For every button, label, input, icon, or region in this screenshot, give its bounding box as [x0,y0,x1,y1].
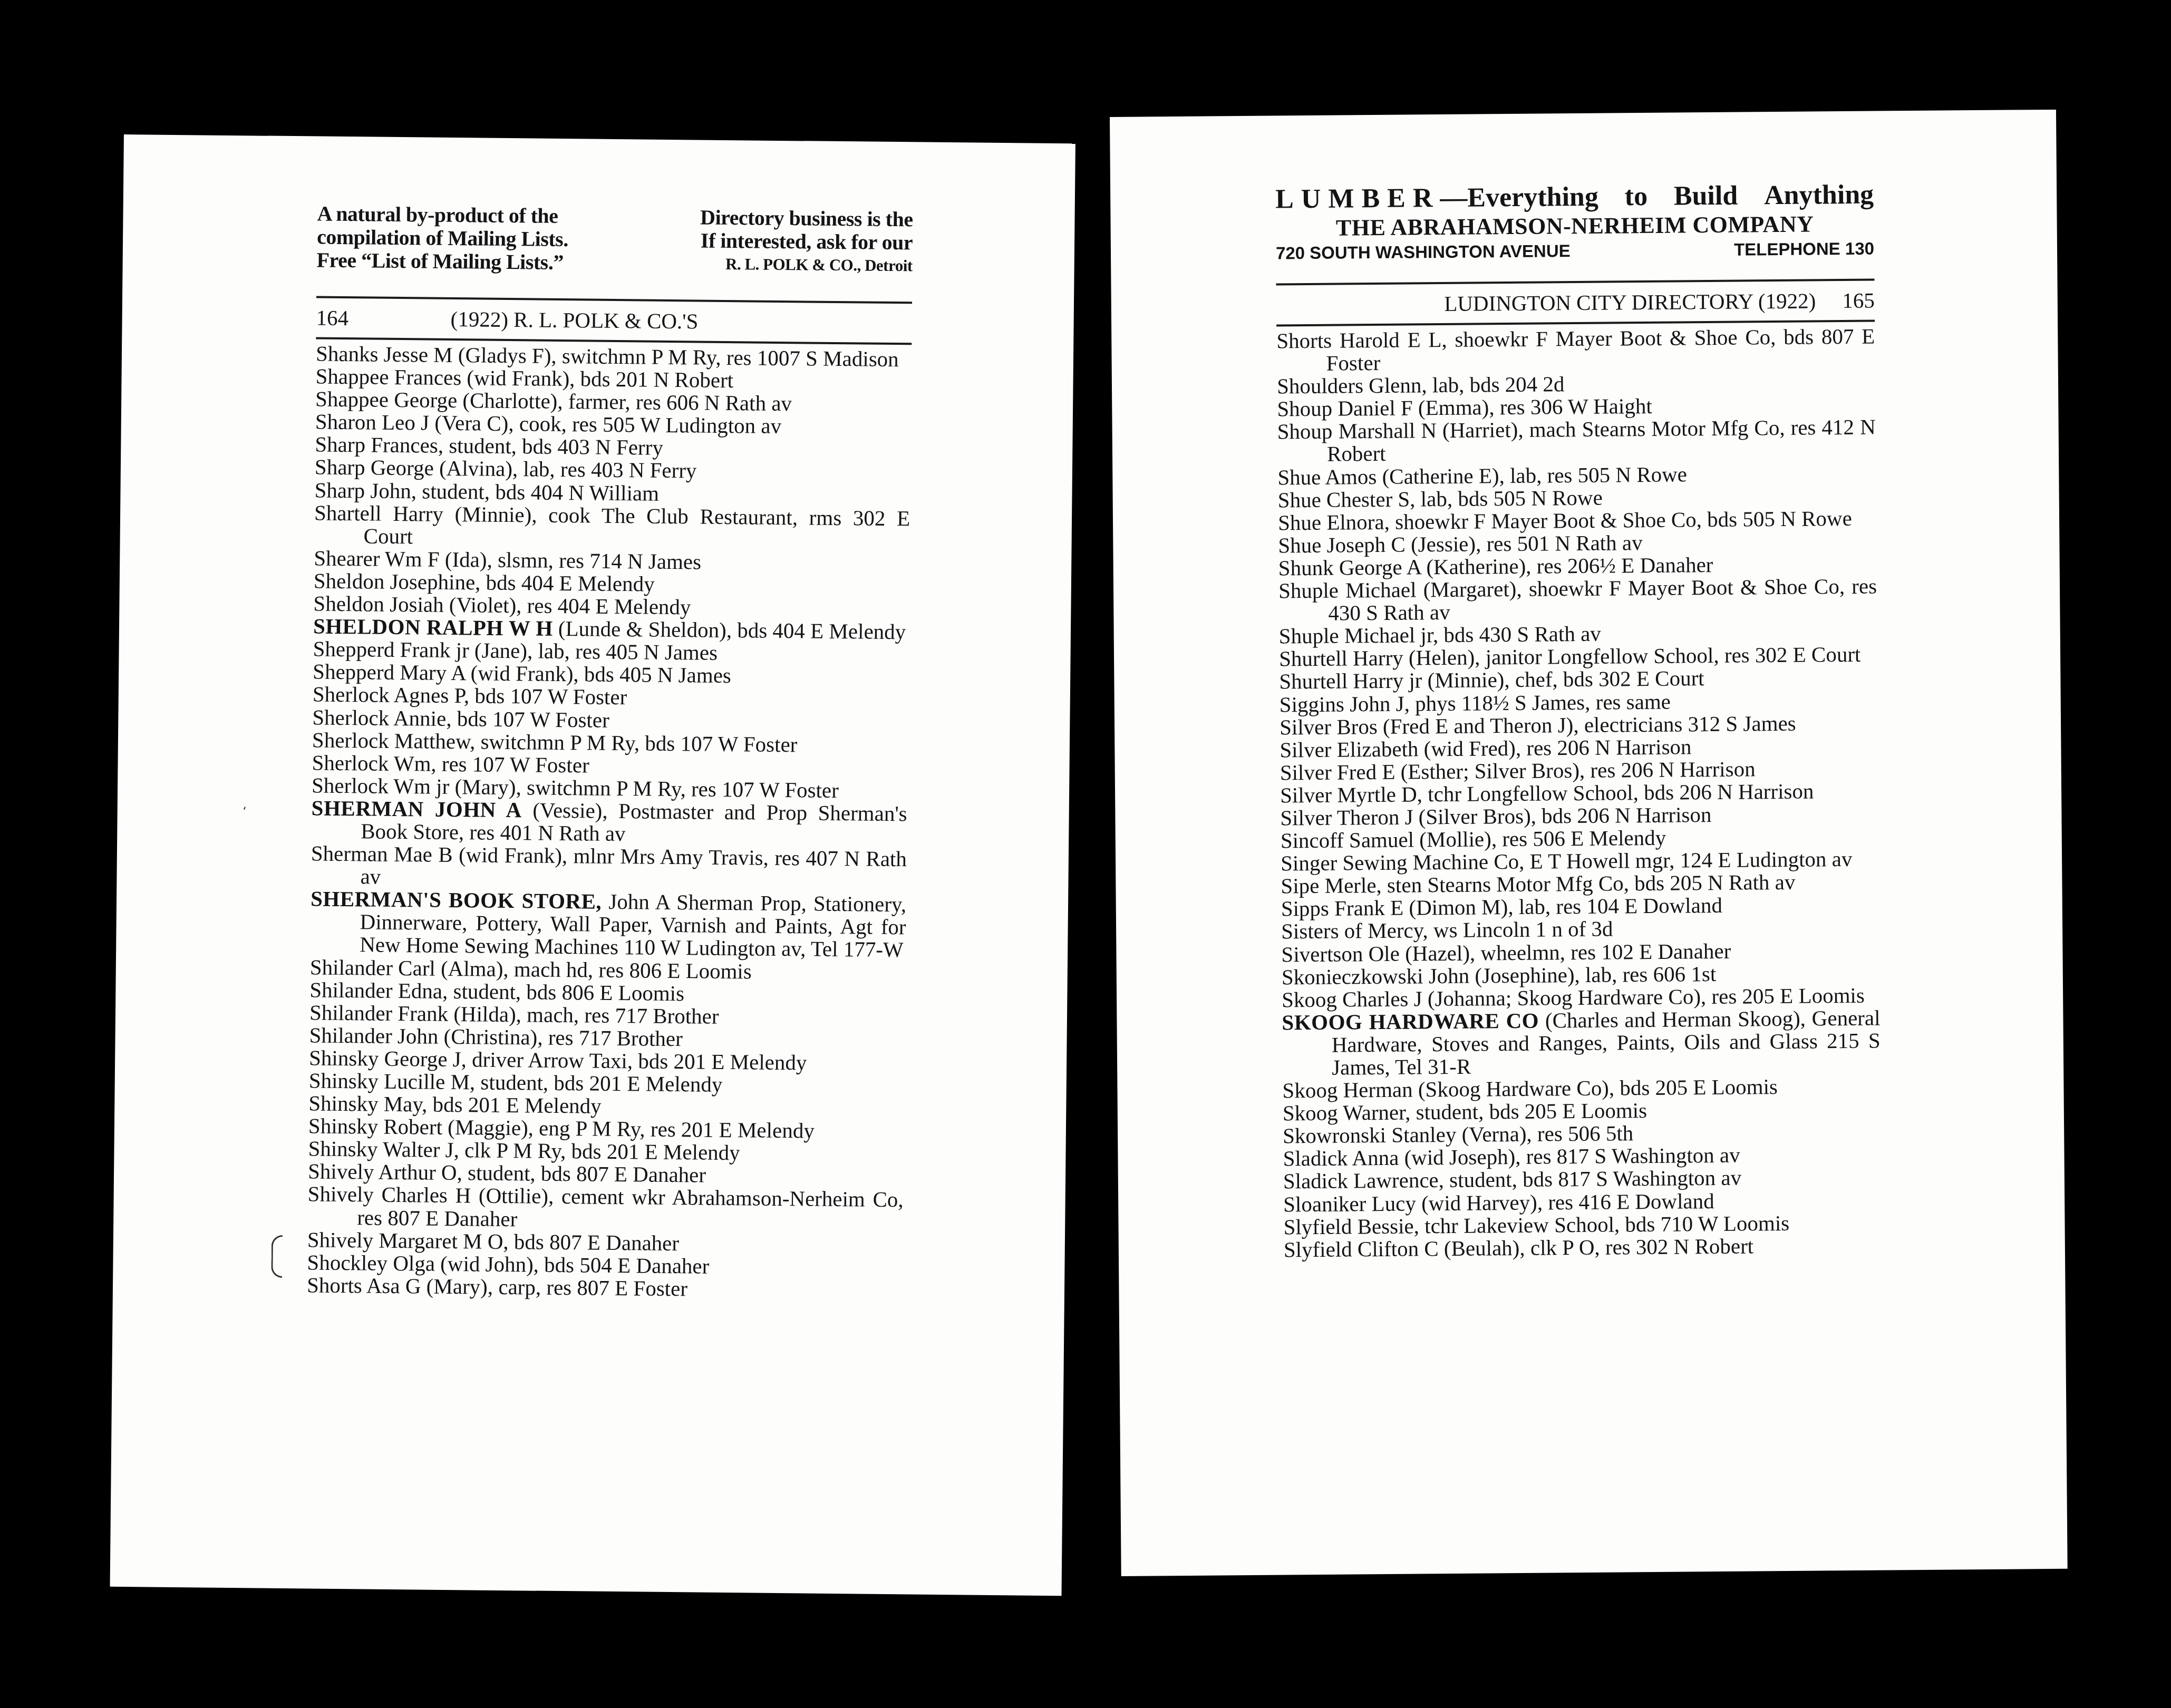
running-head-title: (1922) R. L. POLK & CO.'S [450,299,699,341]
business-name: SKOOG HARDWARE CO [1282,1008,1539,1034]
entry-text: Shartell Harry (Minnie), cook The Club R… [314,500,910,548]
directory-entry: Shuple Michael (Margaret), shoewkr F May… [1278,575,1877,625]
tagline-word: to [1625,181,1648,212]
entry-text: Shoup Marshall N (Harriet), mach Stearns… [1277,415,1876,466]
directory-entry: Slyfield Clifton C (Beulah), clk P O, re… [1284,1234,1882,1261]
entry-text: Shue Elnora, shoewkr F Mayer Boot & Shoe… [1278,506,1852,535]
page-number: 164 [316,298,416,338]
tagline-word: Build [1674,181,1738,212]
directory-entries: Shorts Harold E L, shoewkr F Mayer Boot … [1276,325,1882,1261]
entry-text: Shoulders Glenn, lab, bds 204 2d [1277,372,1565,398]
lumber-ad: LUMBER—Everything to Build Anything THE … [1275,180,1874,265]
company-name: THE ABRAHAMSON-NERHEIM COMPANY [1275,210,1874,242]
left-page-content: A natural by-product of theDirectory bus… [307,202,913,1303]
entry-text: Shuple Michael (Margaret), shoewkr F May… [1278,574,1877,625]
running-head: 164 (1922) R. L. POLK & CO.'S [316,298,912,343]
running-head-title: LUDINGTON CITY DIRECTORY (1922) [1444,281,1816,323]
directory-entry: SHERMAN JOHN A (Vessie), Postmaster and … [311,797,907,848]
directory-entry: Shue Elnora, shoewkr F Mayer Boot & Shoe… [1278,507,1876,534]
directory-entry: SKOOG HARDWARE CO (Charles and Herman Sk… [1282,1006,1881,1079]
directory-entry: Sherman Mae B (wid Frank), mlnr Mrs Amy … [311,842,907,894]
entry-text: Silver Myrtle D, tchr Longfellow School,… [1280,779,1814,807]
entry-text: Sipps Frank E (Dimon M), lab, res 104 E … [1281,893,1722,921]
right-page-content: LUMBER—Everything to Build Anything THE … [1275,180,1882,1261]
directory-entry: Shartell Harry (Minnie), cook The Club R… [314,501,910,552]
ad-publisher: R. L. POLK & CO., Detroit [725,253,913,277]
left-directory-page: A natural by-product of theDirectory bus… [110,134,1075,1596]
ad-text: A natural by-product of the [317,202,558,228]
right-directory-page: LUMBER—Everything to Build Anything THE … [1110,110,2068,1576]
handwritten-bracket-mark [271,1235,283,1278]
entry-text: Shorts Asa G (Mary), carp, res 807 E Fos… [307,1273,687,1301]
entry-text: Skoog Herman (Skoog Hardware Co), bds 20… [1282,1074,1778,1102]
directory-entry: Silver Myrtle D, tchr Longfellow School,… [1280,779,1878,807]
directory-entries: Shanks Jesse M (Gladys F), switchmn P M … [307,343,912,1303]
ad-text: Directory business is the [700,206,913,231]
running-head: LUDINGTON CITY DIRECTORY (1922) 165 [1276,281,1875,325]
entry-text: Sherman Mae B (wid Frank), mlnr Mrs Amy … [311,841,907,889]
entry-text: Shorts Harold E L, shoewkr F Mayer Boot … [1276,324,1875,375]
directory-entry: Shoup Marshall N (Harriet), mach Stearns… [1277,416,1876,466]
company-telephone: TELEPHONE 130 [1734,238,1874,261]
entry-text: Shue Amos (Catherine E), lab, res 505 N … [1277,462,1687,489]
margin-tick-mark: ‘ [243,805,247,818]
entry-text: Slyfield Clifton C (Beulah), clk P O, re… [1284,1234,1754,1261]
company-address: 720 SOUTH WASHINGTON AVENUE [1276,240,1571,264]
tagline-word: Everything [1467,182,1598,213]
directory-entry: Sipe Merle, sten Stearns Motor Mfg Co, b… [1281,870,1879,898]
ad-text: compilation of Mailing Lists. [317,226,568,251]
directory-entry: Shurtell Harry (Helen), janitor Longfell… [1279,643,1877,671]
ad-text: Free “List of Mailing Lists.” [317,249,564,274]
directory-entry: SHERMAN'S BOOK STORE, John A Sherman Pro… [310,888,906,962]
tagline-word: Anything [1764,180,1874,211]
mailing-list-ad: A natural by-product of theDirectory bus… [317,202,913,278]
directory-entry: Silver Bros (Fred E and Theron J), elect… [1280,711,1878,739]
lumber-word: LUMBER [1275,183,1440,214]
directory-entry: Shorts Harold E L, shoewkr F Mayer Boot … [1276,325,1875,375]
business-name: SHERMAN'S BOOK STORE, [311,887,602,914]
page-number: 165 [1842,281,1875,320]
business-name: SHERMAN JOHN A [312,795,522,822]
dash: — [1440,183,1467,213]
ad-text: If interested, ask for our [701,229,913,255]
entry-text: Shively Charles H (Ottilie), cement wkr … [308,1182,904,1231]
directory-entry: Shively Charles H (Ottilie), cement wkr … [307,1183,904,1234]
entry-text: Silver Bros (Fred E and Theron J), elect… [1280,711,1796,739]
